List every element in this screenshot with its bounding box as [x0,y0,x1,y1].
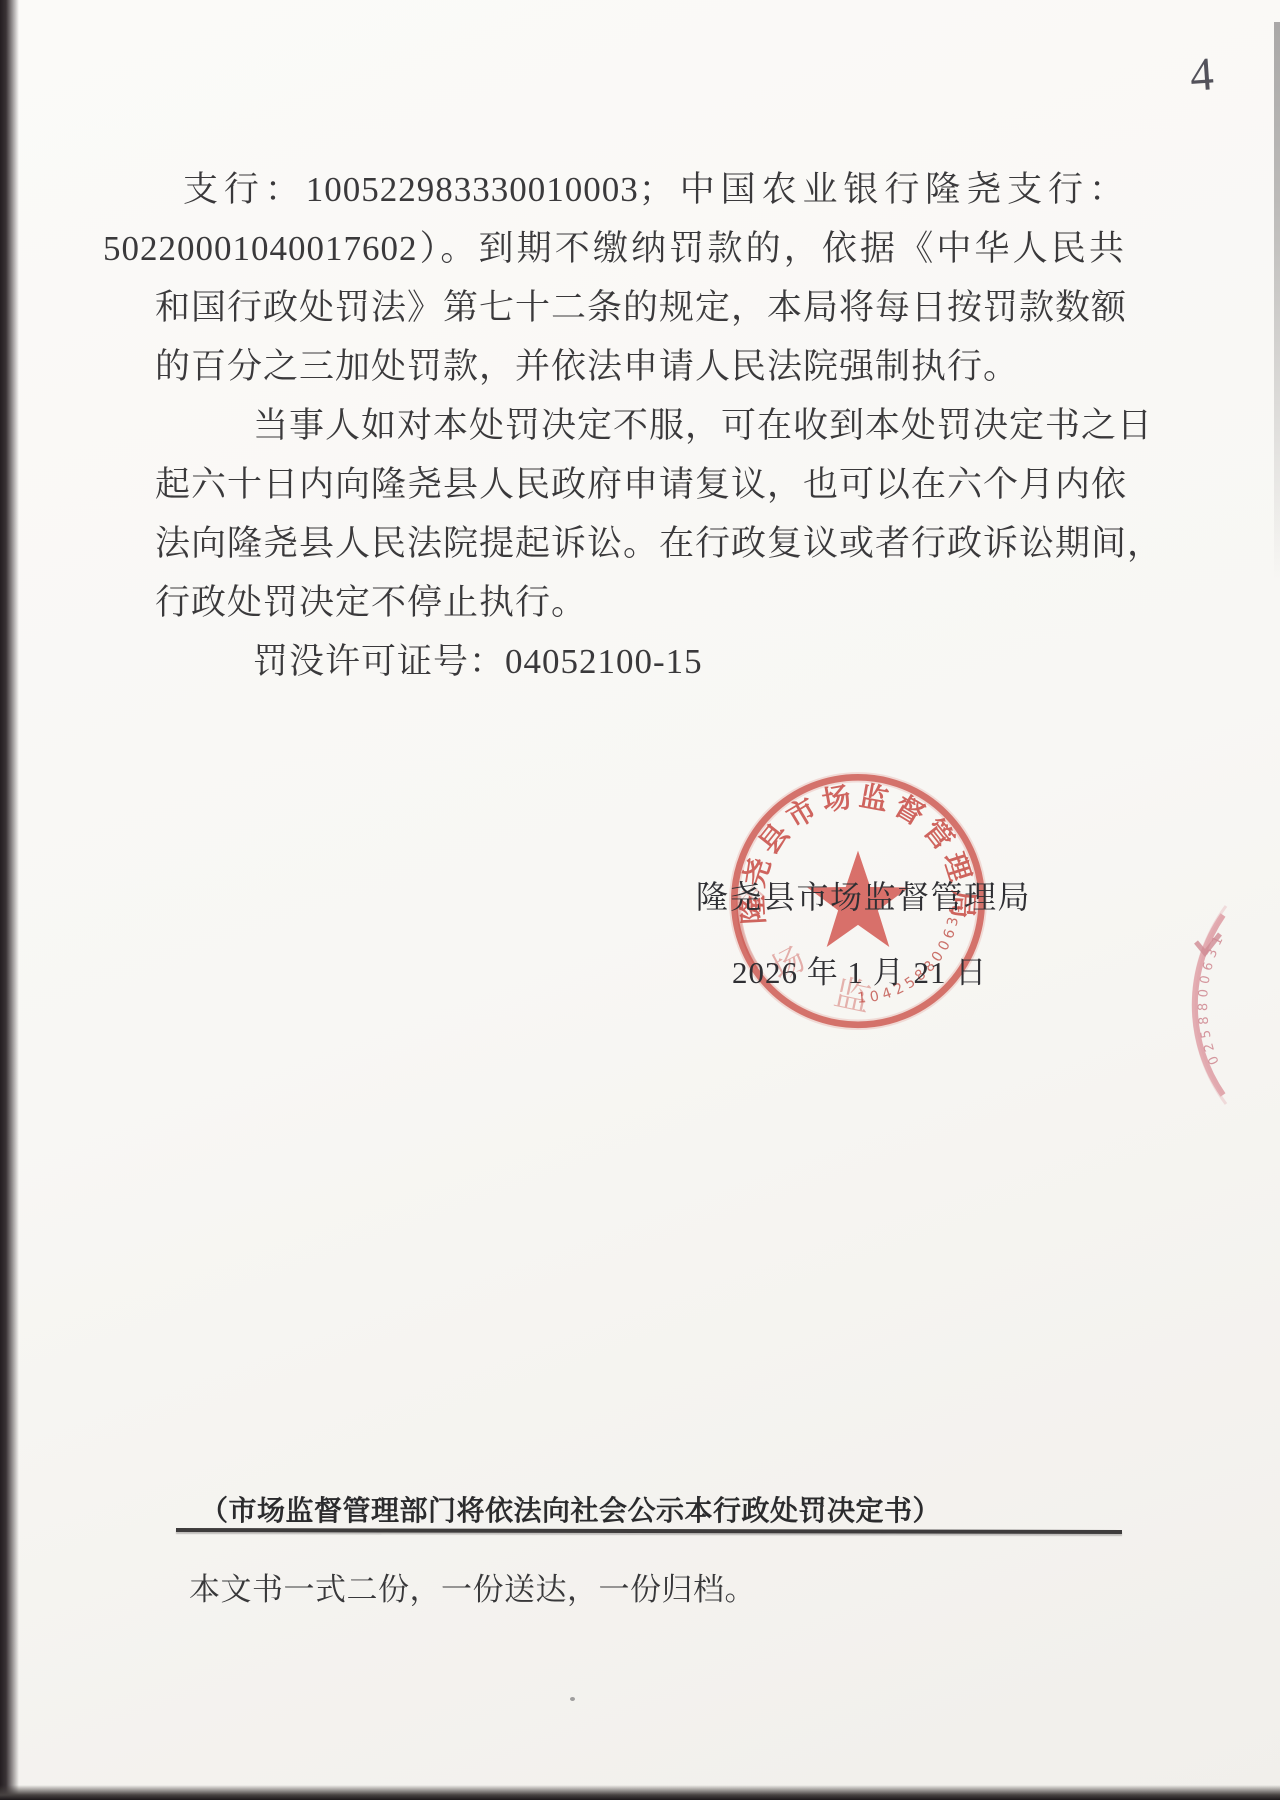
scan-edge-right [1274,22,1280,582]
body-line: 行政处罚决定不停止执行。 [155,573,1125,632]
penalty-permit-number-line: 罚没许可证号：04052100-15 [155,632,1125,691]
body-line: 50220001040017602）。到期不缴纳罚款的，依据《中华人民共 [103,219,1125,278]
body-line: 当事人如对本处罚决定不服，可在收到本处罚决定书之日 [155,396,1125,455]
scanned-document-page: 4 支行：100522983330010003；中国农业银行隆尧支行： 5022… [0,0,1280,1800]
page-number: 4 [1188,47,1215,103]
scan-edge-left [0,0,20,1800]
body-line: 和国行政处罚法》第七十二条的规定，本局将每日按罚款数额 [155,278,1125,337]
decision-date: 2026 年 1 月 21 日 [732,956,987,989]
scan-edge-bottom [0,1784,1280,1800]
copies-note: 本文书一式二份，一份送达，一份归档。 [189,1572,756,1608]
body-line: 法向隆尧县人民法院提起诉讼。在行政复议或者行政诉讼期间， [155,514,1125,573]
body-line: 的百分之三加处罚款，并依法申请人民法院强制执行。 [155,337,1125,396]
divider-line [176,1528,1122,1534]
public-notice: （市场监督管理部门将依法向社会公示本行政处罚决定书） [200,1496,941,1528]
partial-seal: 0258800631 [1140,860,1280,1150]
body-line: 支行：100522983330010003；中国农业银行隆尧支行： [183,160,1125,219]
agency-name: 隆尧县市场监督管理局 [696,880,1031,914]
ink-dot [570,1697,575,1701]
body-line: 起六十日内向隆尧县人民政府申请复议，也可以在六个月内依 [155,455,1125,514]
document-body: 支行：100522983330010003；中国农业银行隆尧支行： 502200… [155,160,1125,691]
